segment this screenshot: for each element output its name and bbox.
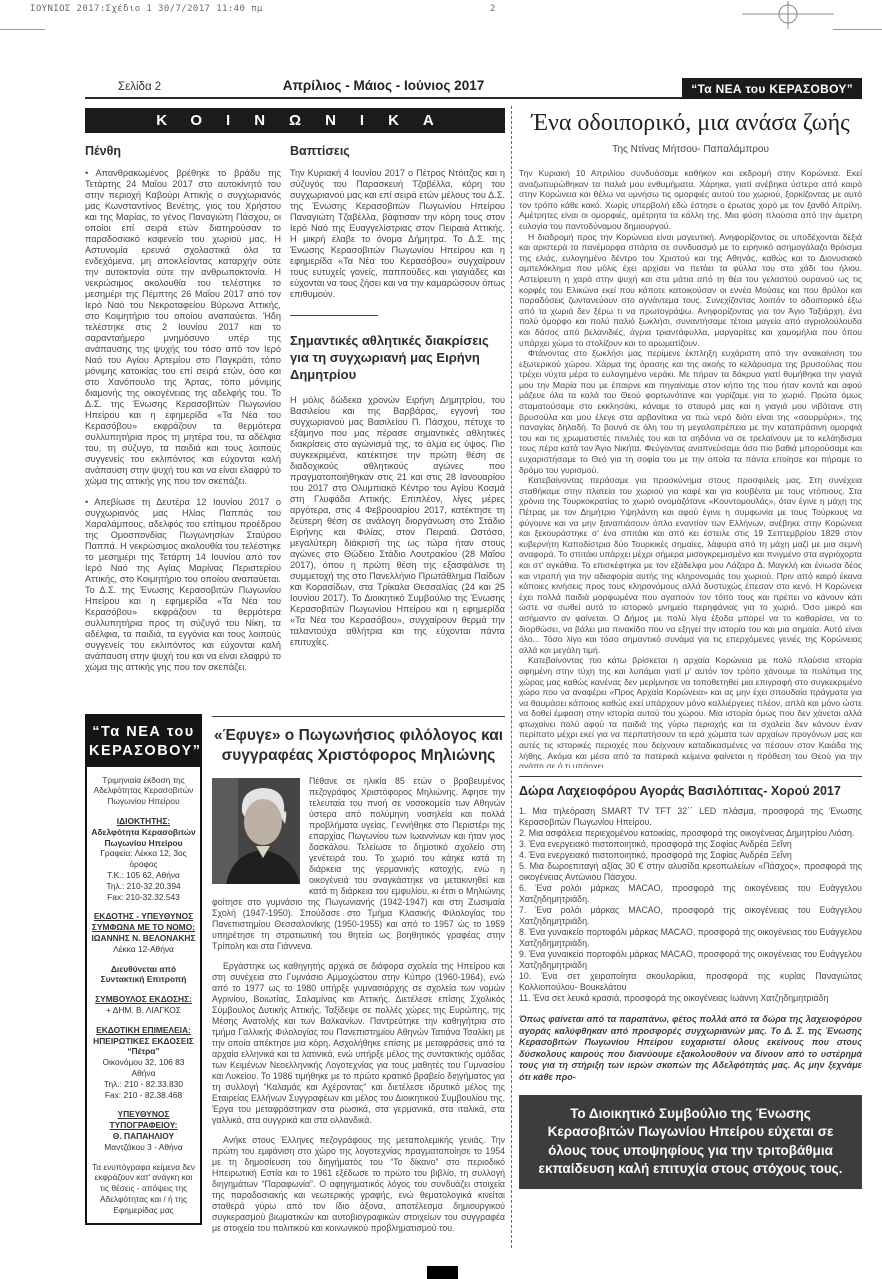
registration-mark-icon [738, 0, 838, 30]
owner-label: ΙΔΙΟΚΤΗΤΗΣ: [91, 816, 196, 827]
owner-name: Αδελφότητα Κερασοβιτών Πωγωνίου Ηπείρου [91, 827, 196, 849]
newspaper-brand-badge: “Τα ΝΕΑ του ΚΕΡΑΣΟΒΟΥ” [682, 78, 862, 99]
masthead-box: “Τα ΝΕΑ του ΚΕΡΑΣΟΒΟΥ” Τριμηνιαία έκδοση… [85, 714, 202, 1225]
baptism-paragraph: Την Κυριακή 4 Ιουνίου 2017 ο Πέτρος Ντόι… [290, 168, 505, 300]
lottery-item: 11. Ένα σετ λευκά κρασιά, προσφορά της ο… [519, 993, 862, 1004]
advisor-label: ΣΥΜΒΟΥΛΟΣ ΕΚΔΟΣΗΣ: [91, 994, 196, 1005]
column-divider [511, 106, 512, 1248]
owner-postal: Τ.Κ.: 105 62, Αθήνα [91, 870, 196, 881]
travelogue-title: Ένα οδοιπορικό, μια ανάσα ζωής [519, 110, 862, 137]
article-paragraph: Ανήκε στους Έλληνες πεζογράφους της μετα… [212, 1135, 505, 1234]
prepress-slug: ΙΟΥΝΙΟΣ 2017:Σχέδιο 1 30/7/2017 11:40 πμ [30, 4, 263, 14]
baptisms-heading: Βαπτίσεις [290, 144, 505, 158]
milionis-article-body: Πέθανε σε ηλικία 85 ετών ο βραβευμένος π… [212, 776, 505, 1234]
right-zone: Ένα οδοιπορικό, μια ανάσα ζωής Της Ντίνα… [519, 110, 862, 1189]
travelogue-byline: Της Ντίνας Μήτσου- Παπαλάμπρου [519, 144, 862, 155]
managed-by-note: Διευθύνεται από Συντακτική Επιτροπή [91, 964, 196, 986]
lottery-item: 1. Μια τηλεόραση SMART TV TFT 32΄΄ LED π… [519, 806, 862, 828]
lottery-top-rule [519, 776, 862, 777]
travelogue-body: Την Κυριακή 10 Απριλίου συνδυάσαμε καθήκ… [519, 168, 862, 768]
advisor-name: + ΔΗΜ. Β. ΛΙΑΓΚΟΣ [91, 1005, 196, 1016]
lottery-item: 9. Ένα γυναικείο πορτοφόλι μάρκας MACAO,… [519, 949, 862, 971]
travelogue-paragraph: Την Κυριακή 10 Απριλίου συνδυάσαμε καθήκ… [519, 168, 862, 232]
travelogue-paragraph: Η διαδρομή προς την Κορώνεια είναι μαγευ… [519, 232, 862, 349]
obituary-paragraph: • Απανθρακωμένος βρέθηκε το βράδυ της Τε… [85, 168, 281, 487]
editorial-care-label: ΕΚΔΟΤΙΚΗ ΕΠΙΜΕΛΕΙΑ: [91, 1025, 196, 1036]
milionis-portrait-photo [212, 778, 300, 884]
obituaries-heading: Πένθη [85, 144, 281, 158]
owner-address: Γραφεία: Λέκκα 12, 3ος όροφος [91, 848, 196, 870]
printer-address: Μαντζάκου 3 - Αθήνα [91, 1142, 196, 1153]
lottery-section: Δώρα Λαχειοφόρου Αγοράς Βασιλόπιτας- Χορ… [519, 784, 862, 1084]
masthead-subtitle: Τριμηνιαία έκδοση της Αδελφότητας Κερασο… [91, 775, 196, 807]
masthead-title-band: “Τα ΝΕΑ του ΚΕΡΑΣΟΒΟΥ” [87, 716, 200, 767]
prepress-page-number: 2 [490, 4, 495, 14]
lottery-item: 5. Μια δωροεπιταγή αξίας 30 € στην αλυσί… [519, 861, 862, 883]
publisher-address: Λέκκα 12-Αθήνα [91, 944, 196, 955]
milionis-article-title: «Έφυγε» ο Πωγωνήσιος φιλόλογος και συγγρ… [212, 726, 505, 766]
editorial-care-phone: Τηλ.: 210 - 82.33.830 [91, 1079, 196, 1090]
obituary-paragraph: • Απεβίωσε τη Δευτέρα 12 Ιουνίου 2017 ο … [85, 497, 281, 673]
lottery-item: 7. Ένα ρολόι μάρκας MACAO, προσφορά της … [519, 905, 862, 927]
trim-mark-right [833, 29, 882, 30]
lottery-item: 2. Μια ασφάλεια περιεχομένου κατοικίας, … [519, 828, 862, 839]
koinonika-section-banner: ΚΟΙΝΩΝΙΚΑ [85, 108, 505, 133]
masthead-disclaimer: Τα ενυπόγραφα κείμενα δεν εκφράζουν κατ'… [91, 1162, 196, 1216]
editorial-care-fax: Fax: 210 - 82.38.468 [91, 1090, 196, 1101]
travelogue-paragraph: Κατεβαίνοντας πιο κάτω βρίσκεται η αρχαί… [519, 655, 862, 768]
trim-mark-left [0, 29, 45, 30]
milionis-obituary-article: «Έφυγε» ο Πωγωνήσιος φιλόλογος και συγγρ… [212, 714, 505, 1243]
lottery-item: 6. Ένα ρολόι μάρκας MACAO, προσφορά της … [519, 883, 862, 905]
baptisms-column: Βαπτίσεις Την Κυριακή 4 Ιουνίου 2017 ο Π… [290, 142, 505, 704]
masthead-title-line2: ΚΕΡΑΣΟΒΟΥ” [89, 742, 198, 761]
lottery-item: 8. Ένα γυναικείο πορτοφόλι μάρκας MACAO,… [519, 927, 862, 949]
page-header: Σελίδα 2 Απρίλιος - Μάιος - Ιούνιος 2017… [85, 78, 862, 99]
masthead-title-line1: “Τα ΝΕΑ του [89, 723, 198, 742]
travelogue-paragraph: Φτάνοντας στο ξωκλήσι μας περίμενε έκπλη… [519, 348, 862, 475]
exam-wishes-announcement: Το Διοικητικό Συμβούλιο της Ένωσης Κερασ… [519, 1095, 862, 1189]
publisher-name: ΙΩΑΝΝΗΣ Ν. ΒΕΛΟΝΑΚΗΣ [91, 933, 196, 944]
left-bottom-row: “Τα ΝΕΑ του ΚΕΡΑΣΟΒΟΥ” Τριμηνιαία έκδοση… [85, 714, 505, 1243]
travelogue-article: Ένα οδοιπορικό, μια ανάσα ζωής Της Ντίνα… [519, 110, 862, 768]
left-zone: ΚΟΙΝΩΝΙΚΑ Πένθη • Απανθρακωμένος βρέθηκε… [85, 108, 505, 1243]
issue-period: Απρίλιος - Μάιος - Ιούνιος 2017 [85, 78, 682, 93]
koinonika-columns: Πένθη • Απανθρακωμένος βρέθηκε το βράδυ … [85, 142, 505, 704]
travelogue-paragraph: Κατεβαίνοντας περάσαμε για προσκύνημα στ… [519, 475, 862, 655]
printer-label: ΥΠΕΥΘΥΝΟΣ ΤΥΠΟΓΡΑΦΕΙΟΥ: [91, 1109, 196, 1131]
athletics-paragraph: Η μόλις δώδεκα χρονών Ειρήνη Δημητρίου, … [290, 395, 505, 648]
editorial-care-name: ΗΠΕΙΡΩΤΙΚΕΣ ΕΚΔΟΣΕΙΣ “Πέτρα” [91, 1036, 196, 1058]
section-divider-rule [290, 315, 378, 316]
bottom-print-mark [427, 1266, 458, 1279]
editorial-care-address: Οικονόμου 32, 106 83 Αθήνα [91, 1057, 196, 1079]
article-top-rule [212, 716, 505, 717]
lottery-item: 3. Ένα ενεργειακό πιστοποιητικό, προσφορ… [519, 839, 862, 850]
athletics-heading: Σημαντικές αθλητικές διακρίσεις για τη σ… [290, 333, 505, 384]
lottery-item: 10. Ένα σετ χειροποίητα σκουλαρίκια, προ… [519, 971, 862, 993]
article-paragraph: Εργάστηκε ως καθηγητής αρχικά σε διάφορα… [212, 961, 505, 1126]
newspaper-page: ΙΟΥΝΙΟΣ 2017:Σχέδιο 1 30/7/2017 11:40 πμ… [0, 0, 882, 1279]
obituaries-column: Πένθη • Απανθρακωμένος βρέθηκε το βράδυ … [85, 142, 281, 704]
lottery-closing-note: Όπως φαίνεται από τα παραπάνω, φέτος πολ… [519, 1014, 862, 1084]
printer-name: Θ. ΠΑΠΑΗΛΙΟΥ [91, 1131, 196, 1142]
publisher-label: ΕΚΔΟΤΗΣ - ΥΠΕΥΘΥΝΟΣ ΣΥΜΦΩΝΑ ΜΕ ΤΟ ΝΟΜΟ: [91, 911, 196, 933]
masthead-details: Τριμηνιαία έκδοση της Αδελφότητας Κερασο… [87, 767, 200, 1223]
lottery-heading: Δώρα Λαχειοφόρου Αγοράς Βασιλόπιτας- Χορ… [519, 784, 862, 798]
lottery-item: 4. Ένα ενεργειακό πιστοποιητικό, προσφορ… [519, 850, 862, 861]
owner-phone: Τηλ.: 210-32.20.394 [91, 881, 196, 892]
owner-fax: Fax: 210-32.32.543 [91, 892, 196, 903]
